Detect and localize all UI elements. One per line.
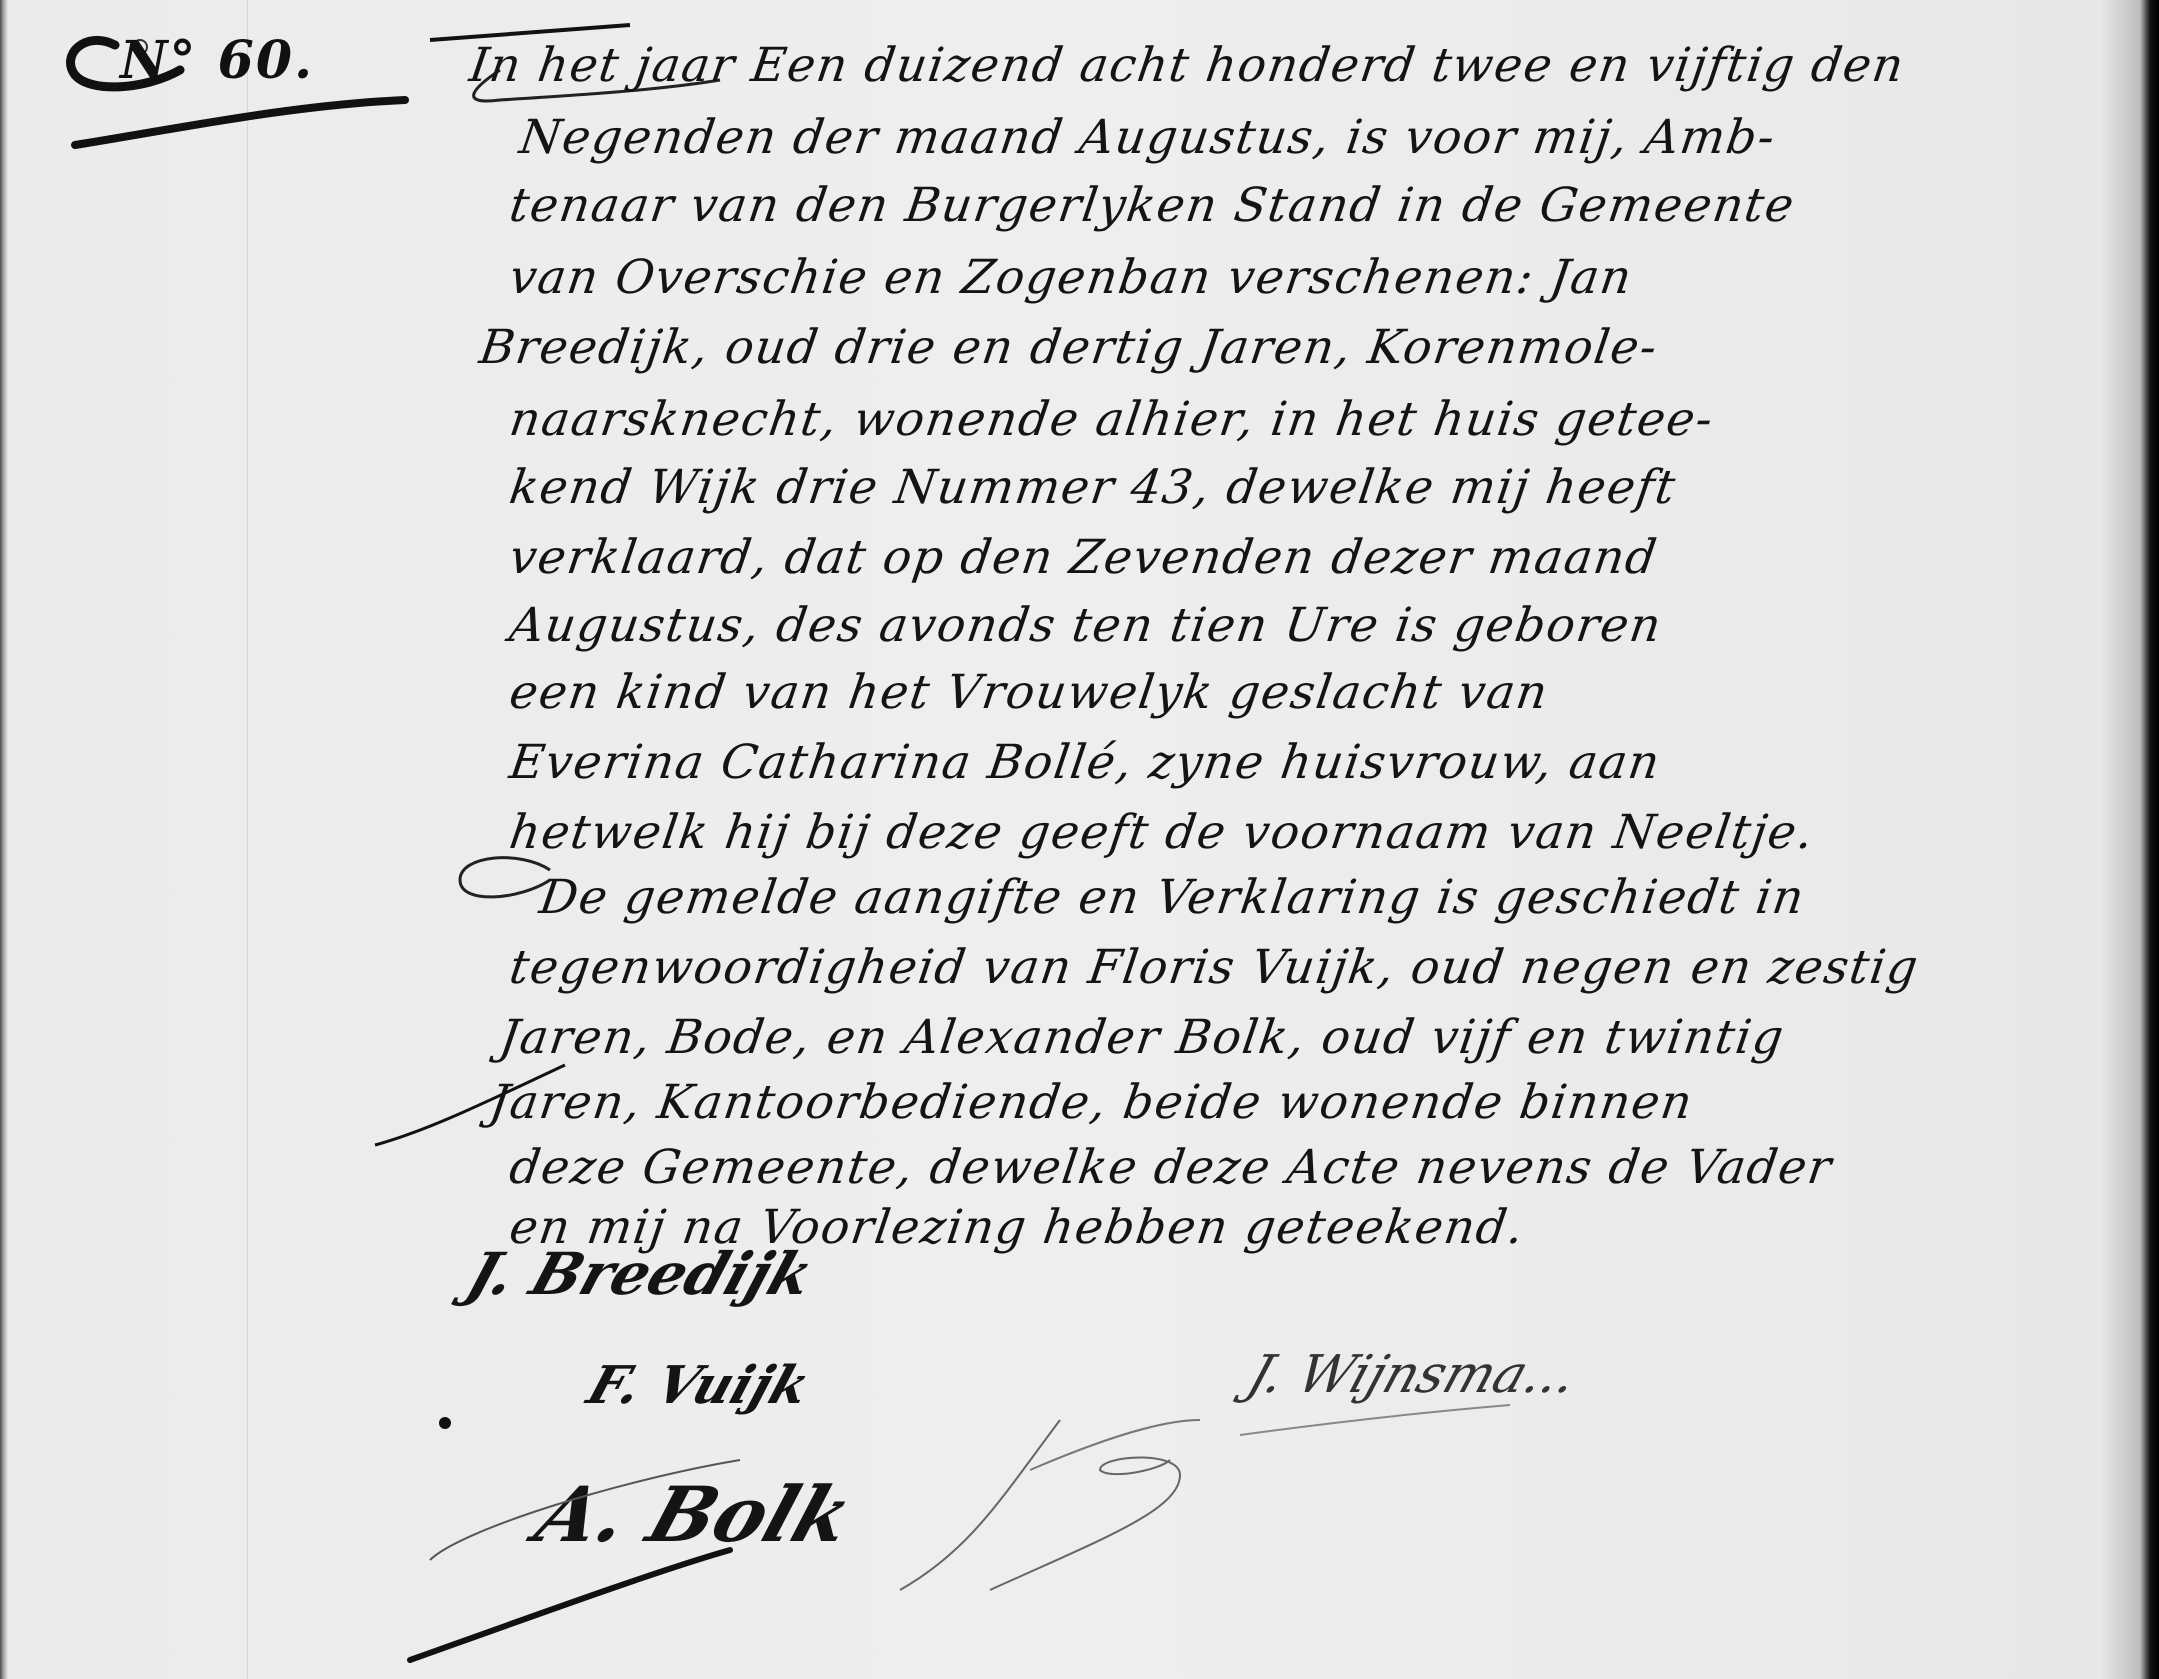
record-line-8: verklaard, dat op den Zevenden dezer maa…: [506, 530, 1661, 585]
record-line-16: Jaren, Kantoorbediende, beide wonende bi…: [486, 1075, 1697, 1130]
record-line-6: naarsknecht, wonende alhier, in het huis…: [506, 392, 1717, 447]
entry-number: N° 60.: [120, 30, 314, 91]
record-line-7: kend Wijk drie Nummer 43, dewelke mij he…: [506, 460, 1680, 515]
record-line-12: hetwelk hij bij deze geeft de voornaam v…: [506, 805, 1818, 860]
record-line-4: van Overschie en Zogenban verschenen: Ja…: [506, 250, 1636, 305]
record-line-5: Breedijk, oud drie en dertig Jaren, Kore…: [476, 320, 1661, 375]
record-line-14: tegenwoordigheid van Floris Vuijk, oud n…: [506, 940, 1922, 995]
scanned-register-page: N° 60. In het jaar Een duizend acht hond…: [0, 0, 2159, 1679]
record-line-1: In het jaar Een duizend acht honderd twe…: [466, 38, 1908, 93]
margin-rule: [247, 0, 248, 1679]
record-line-10: een kind van het Vrouwelyk geslacht van: [506, 665, 1552, 720]
record-line-2: Negenden der maand Augustus, is voor mij…: [516, 110, 1779, 165]
record-line-11: Everina Catharina Bollé, zyne huisvrouw,…: [506, 735, 1664, 790]
entry-underline-flourish-icon: [70, 95, 410, 155]
record-line-17: deze Gemeente, dewelke deze Acte nevens …: [506, 1140, 1836, 1195]
record-line-9: Augustus, des avonds ten tien Ure is geb…: [506, 598, 1665, 653]
record-line-13: De gemelde aangifte en Verklaring is ges…: [536, 870, 1808, 925]
record-line-3: tenaar van den Burgerlyken Stand in de G…: [506, 178, 1798, 233]
long-left-swash-icon: [370, 1060, 570, 1150]
record-line-15: Jaren, Bode, en Alexander Bolk, oud vijf…: [496, 1010, 1788, 1065]
signature-flourishes-icon: [400, 1380, 2150, 1670]
signature-father: J. Breedijk: [459, 1240, 822, 1308]
de-flourish-icon: [440, 850, 560, 910]
